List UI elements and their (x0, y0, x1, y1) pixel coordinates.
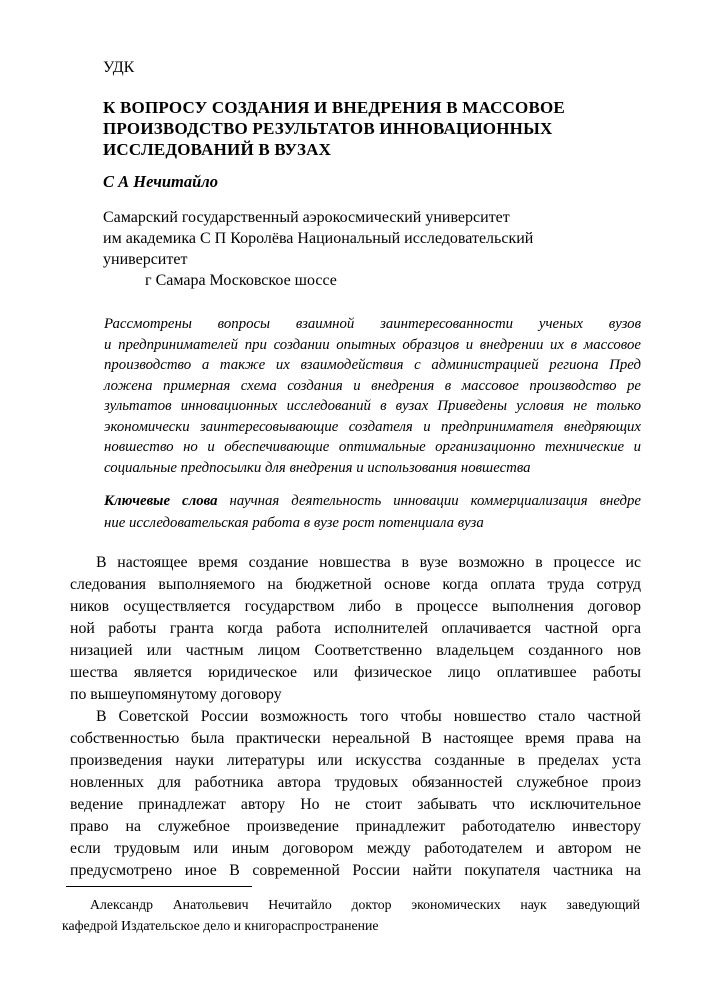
abstract-text-line: новшество но и обеспечивающие оптимальны… (104, 437, 641, 458)
body-text-line: предусмотрено иное В современной России … (70, 860, 641, 882)
body-text-line: собственностью была практически нереальн… (70, 728, 641, 750)
keywords-label: Ключевые слова (104, 493, 218, 509)
body-text-line: В Советской России возможность того чтоб… (70, 706, 641, 728)
article-title: К ВОПРОСУ СОЗДАНИЯ И ВНЕДРЕНИЯ В МАССОВО… (103, 97, 583, 160)
footnote-separator-rule (66, 886, 252, 887)
body-paragraph: В Советской России возможность того чтоб… (70, 706, 641, 882)
article-title-line: ПРОИЗВОДСТВО РЕЗУЛЬТАТОВ ИННОВАЦИОННЫХ (103, 118, 583, 139)
body-text-line: произведения науки литературы или искусс… (70, 750, 641, 772)
body-text-line: низацией или частным лицом Соответственн… (70, 640, 641, 662)
abstract-text-line: производство а также их взаимодействия с… (104, 355, 641, 376)
keywords-line: ние исследовательская работа в вузе рост… (104, 512, 641, 534)
affiliation-line: Самарский государственный аэрокосмически… (103, 207, 709, 228)
affiliation-block: Самарский государственный аэрокосмически… (103, 207, 709, 291)
article-title-line: ИССЛЕДОВАНИЙ В ВУЗАХ (103, 139, 583, 160)
abstract-text-line: Рассмотрены вопросы взаимной заинтересов… (104, 314, 641, 335)
body-text-line: ведение принадлежат автору Но не стоит з… (70, 794, 641, 816)
body-text: В настоящее время создание новшества в в… (70, 552, 641, 882)
affiliation-location: г Самара Московское шоссе (103, 270, 709, 291)
footnote-line: кафедрой Издательское дело и книгораспро… (62, 915, 640, 936)
article-title-line: К ВОПРОСУ СОЗДАНИЯ И ВНЕДРЕНИЯ В МАССОВО… (103, 97, 583, 118)
keywords-line: Ключевые слова научная деятельность инно… (104, 490, 641, 512)
body-text-line: новленных для работника автора трудовых … (70, 772, 641, 794)
footnote-block: Александр Анатольевич Нечитайло доктор э… (62, 894, 640, 936)
body-text-line: по вышеупомянутому договору (70, 684, 641, 706)
body-text-line: В настоящее время создание новшества в в… (70, 552, 641, 574)
affiliation-line: университет (103, 249, 709, 270)
body-text-line: шества является юридическое или физическ… (70, 662, 641, 684)
abstract-text-line: ложена примерная схема создания и внедре… (104, 376, 641, 397)
body-text-line: если трудовым или иным договором между р… (70, 838, 641, 860)
body-text-line: ников осуществляется государством либо в… (70, 596, 641, 618)
udc-label: УДК (103, 57, 709, 78)
body-text-line: следования выполняемого на бюджетной осн… (70, 574, 641, 596)
keywords-text: научная деятельность инновации коммерциа… (218, 493, 642, 509)
footnote-line: Александр Анатольевич Нечитайло доктор э… (62, 894, 640, 915)
abstract-text-line: зультатов инновационных исследований в в… (104, 396, 641, 417)
abstract-block: Рассмотрены вопросы взаимной заинтересов… (104, 314, 641, 478)
keywords-block: Ключевые слова научная деятельность инно… (104, 490, 641, 534)
body-paragraph: В настоящее время создание новшества в в… (70, 552, 641, 706)
abstract-text-line: социальные предпосылки для внедрения и и… (104, 458, 641, 479)
affiliation-line: им академика С П Королёва Национальный и… (103, 228, 709, 249)
author-byline: С А Нечитайло (103, 172, 709, 192)
body-text-line: ной работы гранта когда работа исполните… (70, 618, 641, 640)
body-text-line: право на служебное произведение принадле… (70, 816, 641, 838)
article-page: УДК К ВОПРОСУ СОЗДАНИЯ И ВНЕДРЕНИЯ В МАС… (0, 0, 709, 1002)
abstract-text-line: и предпринимателей при создании опытных … (104, 335, 641, 356)
abstract-text-line: экономически заинтересовывающие создател… (104, 417, 641, 438)
